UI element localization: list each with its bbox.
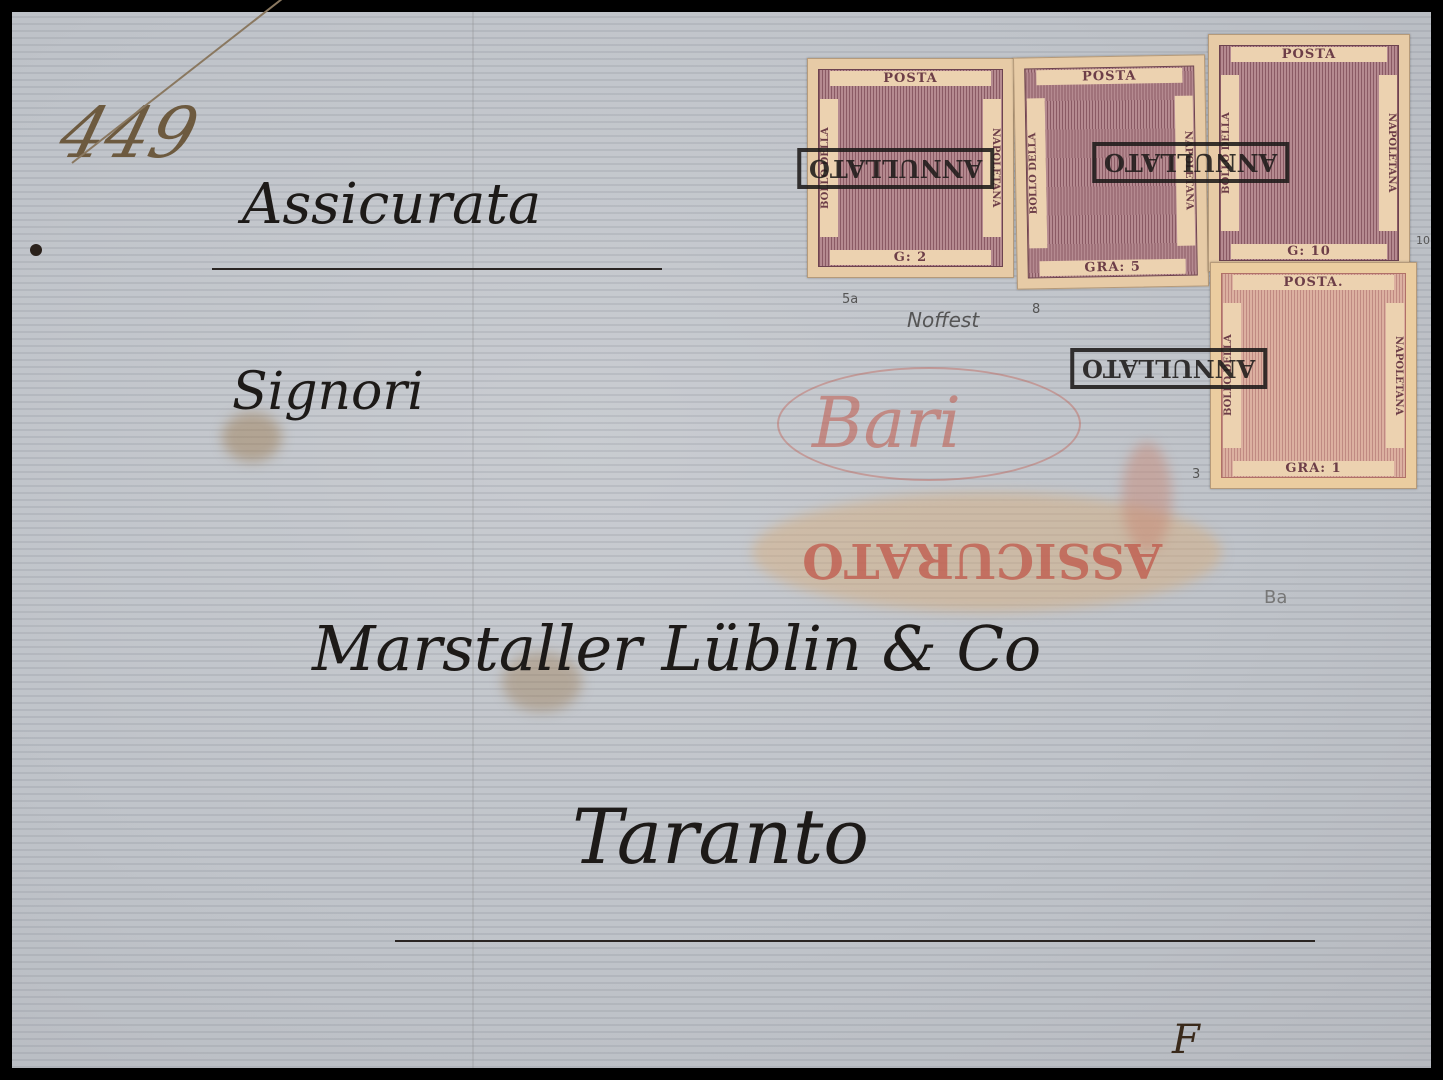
stamp-top-label: POSTA.: [1233, 275, 1394, 290]
registration-note: Assicurata: [242, 172, 541, 237]
bottom-mark: F: [1172, 1017, 1200, 1063]
cancellation-mark: ANNULLATO: [1070, 348, 1267, 389]
stamp-value: G: 10: [1231, 244, 1387, 259]
pencil-note: Noffest: [907, 308, 979, 332]
catalog-note: 8: [1032, 302, 1040, 317]
registration-underline: [212, 268, 662, 270]
stamp-right-label: NAPOLETANA: [1386, 303, 1404, 448]
stamp-value: GRA: 5: [1040, 259, 1186, 277]
stamp-top-label: POSTA: [830, 71, 991, 86]
catalog-note: 5a: [842, 292, 858, 307]
cancellation-mark: ANNULLATO: [797, 148, 994, 189]
stamp-value: G: 2: [830, 250, 991, 265]
addressee: Marstaller Lüblin & Co: [312, 612, 1041, 685]
stamp-left-label: BOLLO DELLA: [1027, 98, 1048, 248]
destination-underline: [395, 940, 1315, 942]
catalog-note: 3: [1192, 467, 1200, 482]
origin-postmark-oval: [777, 367, 1081, 481]
paper-fold: [472, 12, 474, 1068]
stamp-right-label: NAPOLETANA: [1379, 75, 1397, 231]
pencil-note: Ba: [1264, 587, 1287, 608]
postal-cover: 449 Assicurata Signori Marstaller Lüblin…: [12, 12, 1431, 1068]
registered-postmark: ASSICURATO: [802, 532, 1162, 588]
ink-dot: [30, 244, 42, 256]
salutation: Signori: [232, 362, 424, 422]
catalog-note: 10: [1416, 234, 1430, 247]
stamp-top-label: POSTA: [1231, 47, 1387, 62]
stamp-top-label: POSTA: [1036, 68, 1182, 86]
stamp-value: GRA: 1: [1233, 461, 1394, 476]
destination: Taranto: [572, 792, 869, 881]
cancellation-mark: ANNULLATO: [1092, 142, 1289, 183]
